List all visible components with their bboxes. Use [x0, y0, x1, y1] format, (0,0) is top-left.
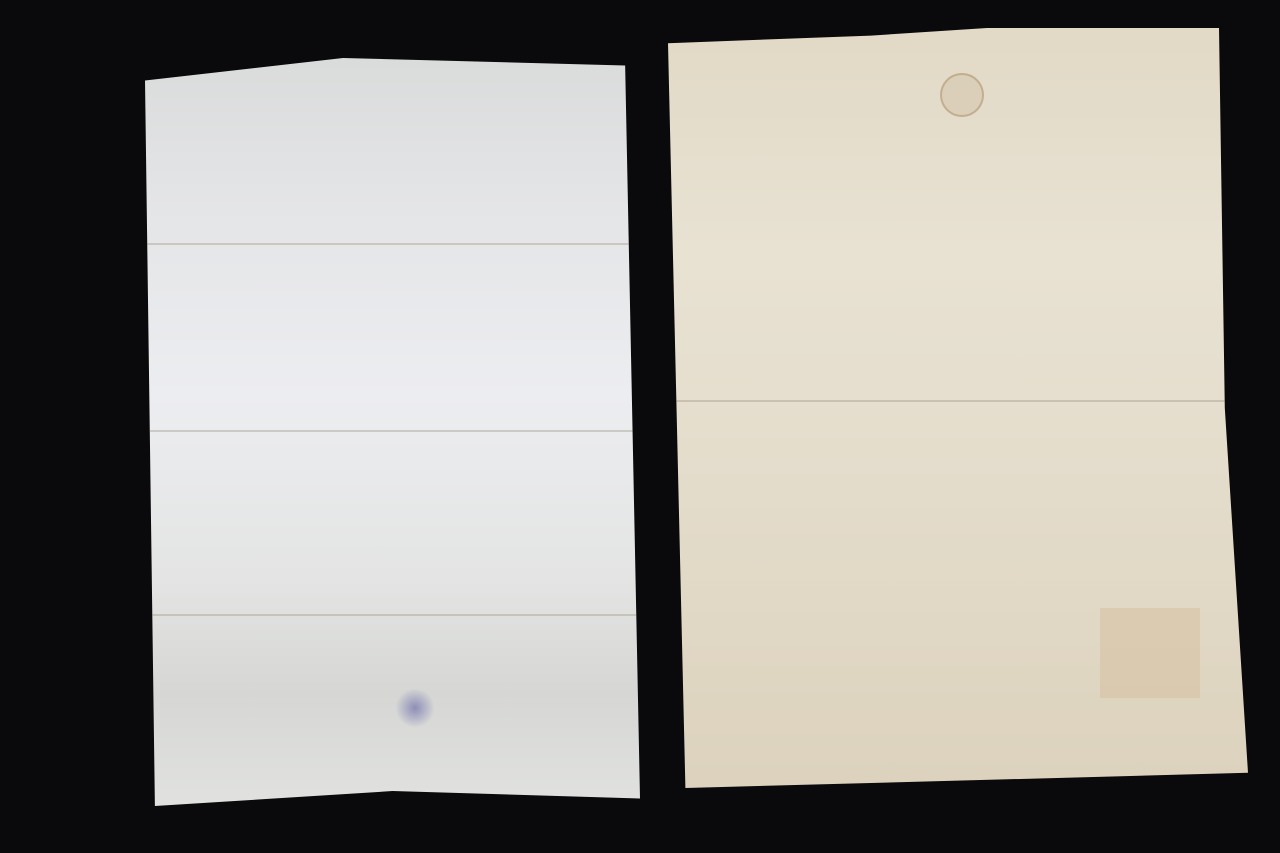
left-paper-sheet — [145, 58, 640, 806]
fold-line — [668, 400, 1248, 402]
circular-stain — [940, 73, 984, 117]
right-paper-sheet — [668, 28, 1248, 788]
fold-line — [145, 614, 640, 616]
fold-line — [145, 430, 640, 432]
fold-line — [145, 243, 640, 245]
faded-patch — [1100, 608, 1200, 698]
ink-spot — [395, 688, 435, 728]
